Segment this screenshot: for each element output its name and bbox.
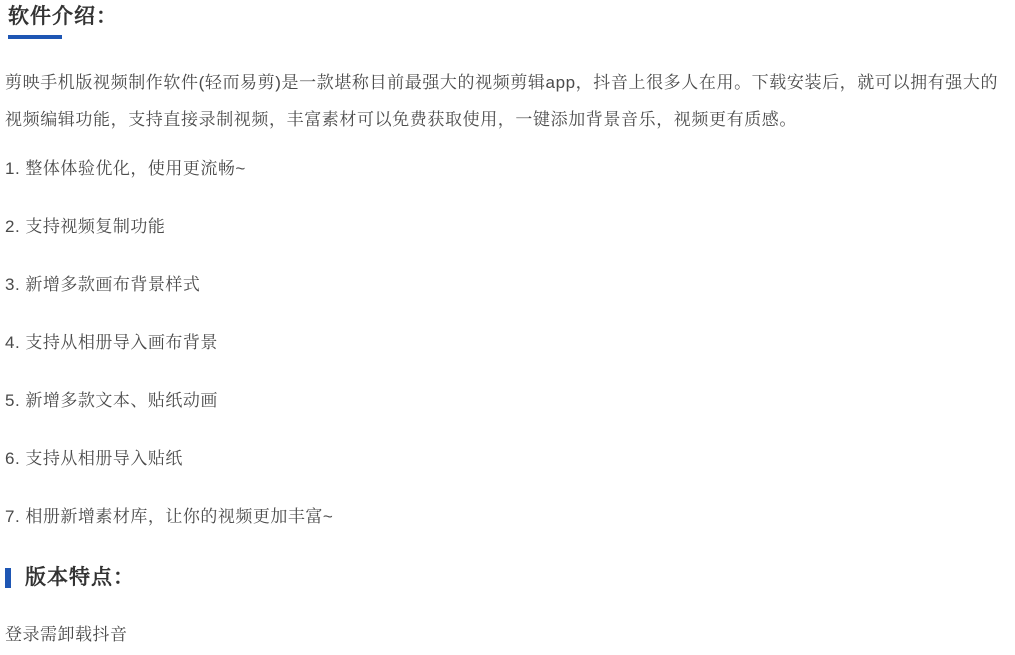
- intro-paragraph: 剪映手机版视频制作软件(轻而易剪)是一款堪称目前最强大的视频剪辑app，抖音上很…: [5, 64, 1007, 138]
- feature-item-5: 5. 新增多款文本、贴纸动画: [5, 391, 1007, 410]
- feature-item-2: 2. 支持视频复制功能: [5, 217, 1007, 236]
- feature-item-1: 1. 整体体验优化，使用更流畅~: [5, 159, 1007, 178]
- intro-section-title: 软件介绍：: [5, 4, 1007, 30]
- feature-item-3: 3. 新增多款画布背景样式: [5, 275, 1007, 294]
- article-page: 软件介绍： 剪映手机版视频制作软件(轻而易剪)是一款堪称目前最强大的视频剪辑ap…: [0, 0, 1015, 655]
- accent-bar: [5, 568, 11, 588]
- feature-item-7: 7. 相册新增素材库，让你的视频更加丰富~: [5, 507, 1007, 526]
- feature-item-6: 6. 支持从相册导入贴纸: [5, 449, 1007, 468]
- feature-item-4: 4. 支持从相册导入画布背景: [5, 333, 1007, 352]
- version-section-title: 版本特点：: [5, 565, 1007, 591]
- version-note: 登录需卸载抖音: [5, 625, 1007, 645]
- title-underline: [8, 35, 62, 39]
- version-section-title-text: 版本特点：: [25, 565, 135, 591]
